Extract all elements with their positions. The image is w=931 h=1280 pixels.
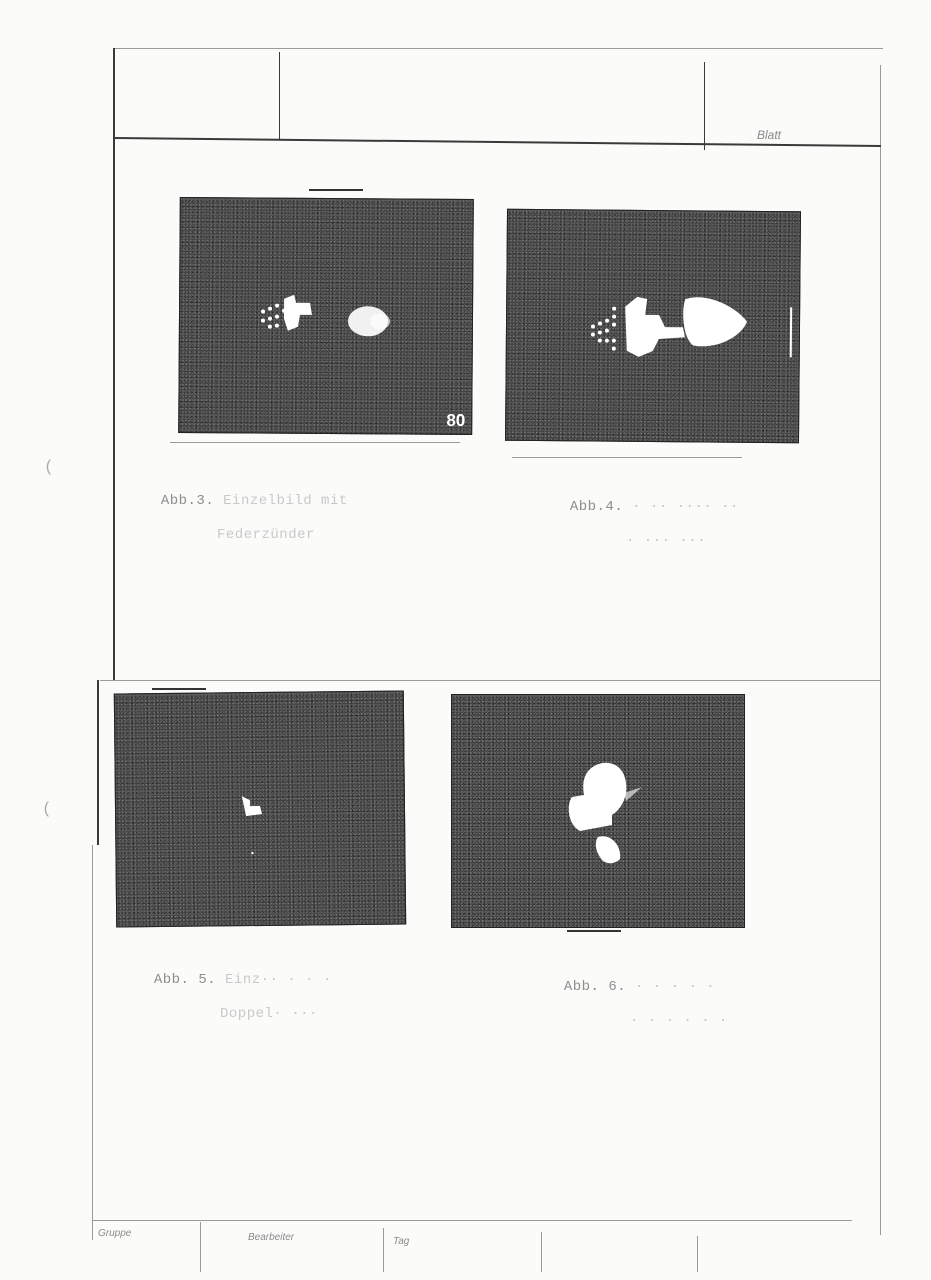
- footer-group-label: Gruppe: [98, 1228, 131, 1239]
- figure-5-caption-line2: Doppel· ···: [220, 1006, 318, 1022]
- figure-5-photo: [114, 690, 406, 927]
- figure-3-bottom-rule: [170, 442, 460, 443]
- figure-4-caption: Abb.4. · ·· ···· ·· · ··· ···: [552, 482, 739, 550]
- figure-6-caption-line2: · · · · · ·: [630, 1013, 728, 1029]
- frame-left-border-bottom: [92, 845, 93, 1240]
- frame-midline: [100, 680, 880, 681]
- margin-mark-1: (: [44, 458, 54, 476]
- figure-4-bottom-rule: [512, 457, 742, 458]
- projectile-burst-image: [506, 210, 800, 443]
- frame-number: 80: [446, 411, 465, 431]
- projectile-dispersion-image: [179, 198, 473, 434]
- footer-divider-4: [697, 1236, 698, 1272]
- figure-3-caption-line1: Einzelbild mit: [223, 493, 348, 509]
- footer-divider-3: [541, 1232, 542, 1272]
- footer-date-label: Tag: [393, 1236, 409, 1247]
- figure-5-caption: Abb. 5. Einz·· · · · Doppel· ···: [136, 955, 332, 1023]
- figure-4-photo: [505, 209, 801, 444]
- figure-3-caption-line2: Federzünder: [217, 527, 315, 543]
- figure-4-label: Abb.4.: [570, 499, 623, 515]
- figure-3-top-mark: [309, 189, 363, 191]
- figure-6-caption: Abb. 6. · · · · · · · · · · ·: [546, 962, 728, 1030]
- figure-4-caption-line2: · ··· ···: [626, 533, 706, 549]
- sheet-label: Blatt: [757, 128, 781, 142]
- footer-divider-1: [200, 1222, 201, 1272]
- footer-top-rule: [92, 1220, 852, 1221]
- footer-author-label: Bearbeiter: [248, 1232, 294, 1243]
- figure-6-photo: [451, 694, 745, 928]
- single-fragment-image: [115, 691, 405, 926]
- footer-divider-2: [383, 1228, 384, 1272]
- margin-mark-2: (: [42, 800, 52, 818]
- figure-6-caption-line1: · · · · ·: [635, 979, 715, 995]
- frame-top-border: [113, 48, 883, 49]
- frame-right-border: [880, 65, 881, 1235]
- frame-left-border-lower: [97, 680, 99, 845]
- header-divider-1: [279, 52, 280, 140]
- figure-5-label: Abb. 5.: [154, 972, 216, 988]
- frame-left-border-upper: [113, 48, 115, 680]
- figure-3-photo: 80: [178, 197, 474, 435]
- figure-3-caption: Abb.3. Einzelbild mit Federzünder: [143, 476, 348, 544]
- figure-3-label: Abb.3.: [161, 493, 214, 509]
- figure-5-top-mark: [152, 688, 206, 690]
- figure-4-caption-line1: · ·· ···· ··: [632, 499, 739, 515]
- figure-6-label: Abb. 6.: [564, 979, 626, 995]
- figure-6-bottom-mark: [567, 930, 621, 932]
- header-divider-2: [704, 62, 705, 150]
- figure-5-caption-line1: Einz·· · · ·: [225, 972, 332, 988]
- fragment-cluster-image: [452, 695, 744, 927]
